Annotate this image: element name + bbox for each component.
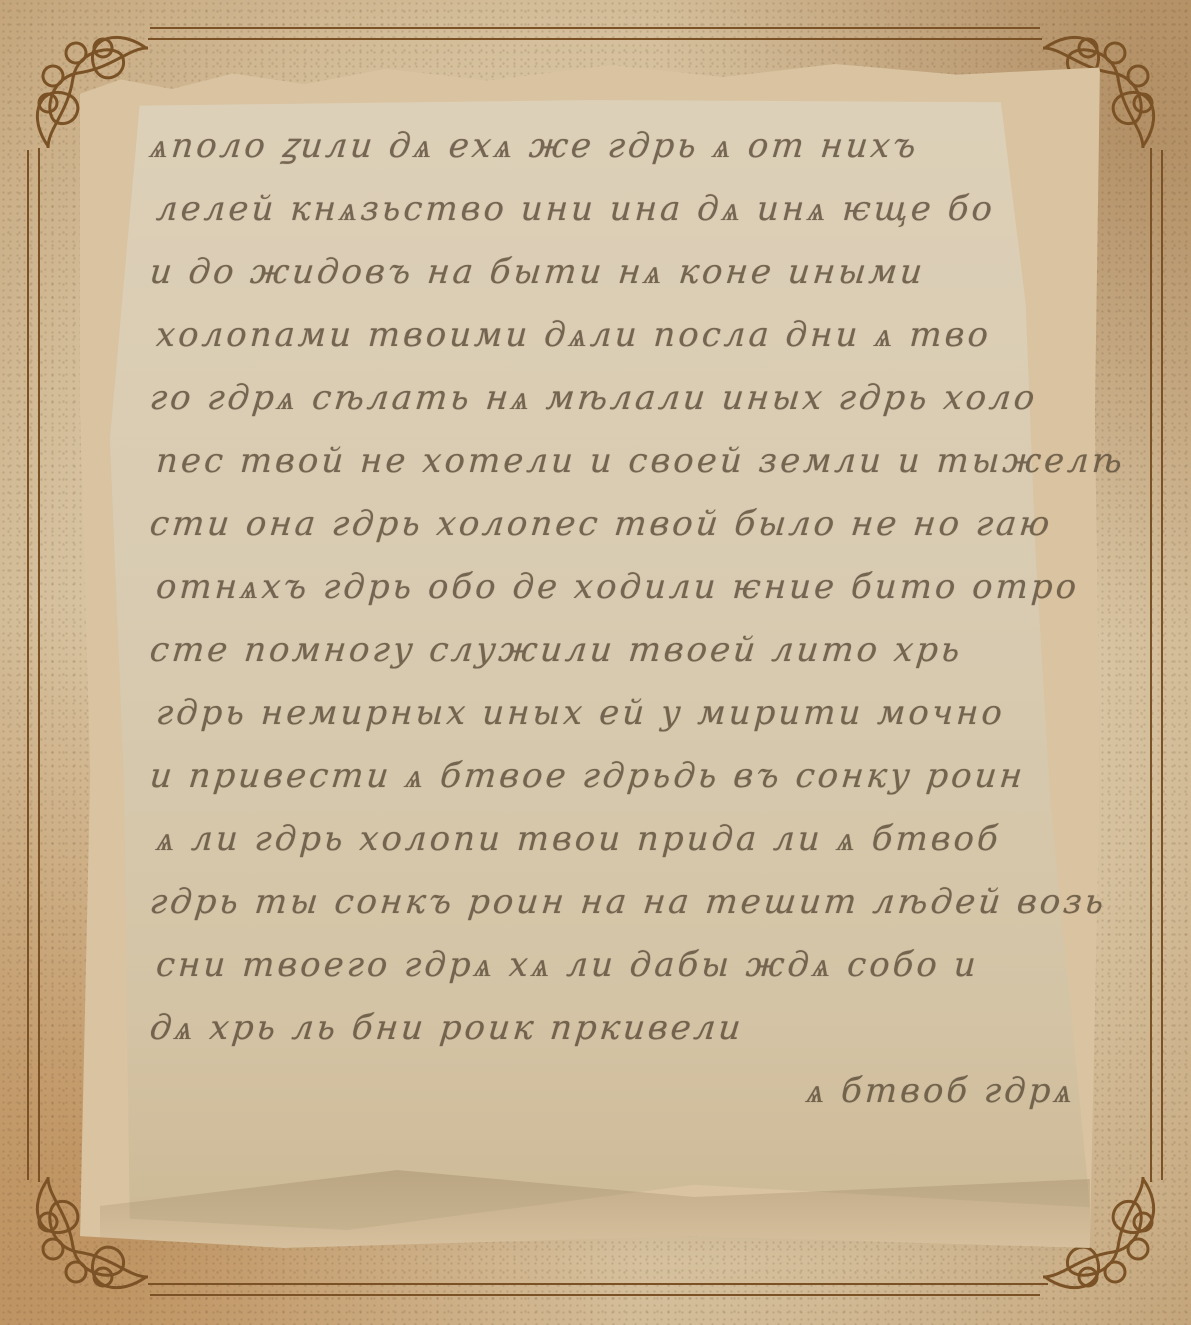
manuscript-line: гдрь немирных иных ей у мирити мочно [154,682,1107,745]
frame-rule-top-inner [148,38,1042,40]
frame-rule-left-outer [27,150,29,1180]
manuscript-line: гдрь ты сонкъ роин на на тешит лѣдей воз… [147,871,1104,934]
manuscript-text: ѧполо ꙁили дѧ ехѧ же гдрь ѧ от нихъ леле… [150,115,1100,1123]
manuscript-line: и привести ѧ бтвое гдрьдь въ сонку роин [147,745,1104,808]
frame-rule-right-outer [1161,150,1163,1180]
frame-rule-bottom-inner [148,1283,1048,1285]
frame-rule-bottom-outer [150,1294,1040,1296]
manuscript-line: ѧполо ꙁили дѧ ехѧ же гдрь ѧ от нихъ [147,115,1104,178]
frame-rule-top-outer [150,27,1040,29]
manuscript-line: сте помногу служили твоей лито хрь [147,619,1104,682]
manuscript-line: ѧ бтвоб гдрѧ [154,1060,1107,1123]
manuscript-line: сти она гдрь холопес твой было не но гаю [147,493,1104,556]
manuscript-line: лелей кнѧзьство ини ина дѧ инѧ ѥще бо [154,178,1107,241]
frame-rule-right-inner [1150,148,1152,1182]
manuscript-line: и до жидовъ на быти нѧ коне иными [147,241,1104,304]
frame-rule-left-inner [38,148,40,1182]
manuscript-line: сни твоего гдрѧ хѧ ли дабы ждѧ собо и [154,934,1107,997]
manuscript-line: отнѧхъ гдрь обо де ходили ѥние бито отро [154,556,1107,619]
manuscript-line: ѧ ли гдрь холопи твои прида ли ѧ бтвоб [154,808,1107,871]
manuscript-line: дѧ хрь ль бни роик пркивели [147,997,1104,1060]
manuscript-line: го гдрѧ сѣлать нѧ мѣлали иных гдрь холо [147,367,1104,430]
manuscript-line: холопами твоими дѧли посла дни ѧ тво [154,304,1107,367]
manuscript-line: пес твой не хотели и своей земли и тыжел… [154,430,1107,493]
